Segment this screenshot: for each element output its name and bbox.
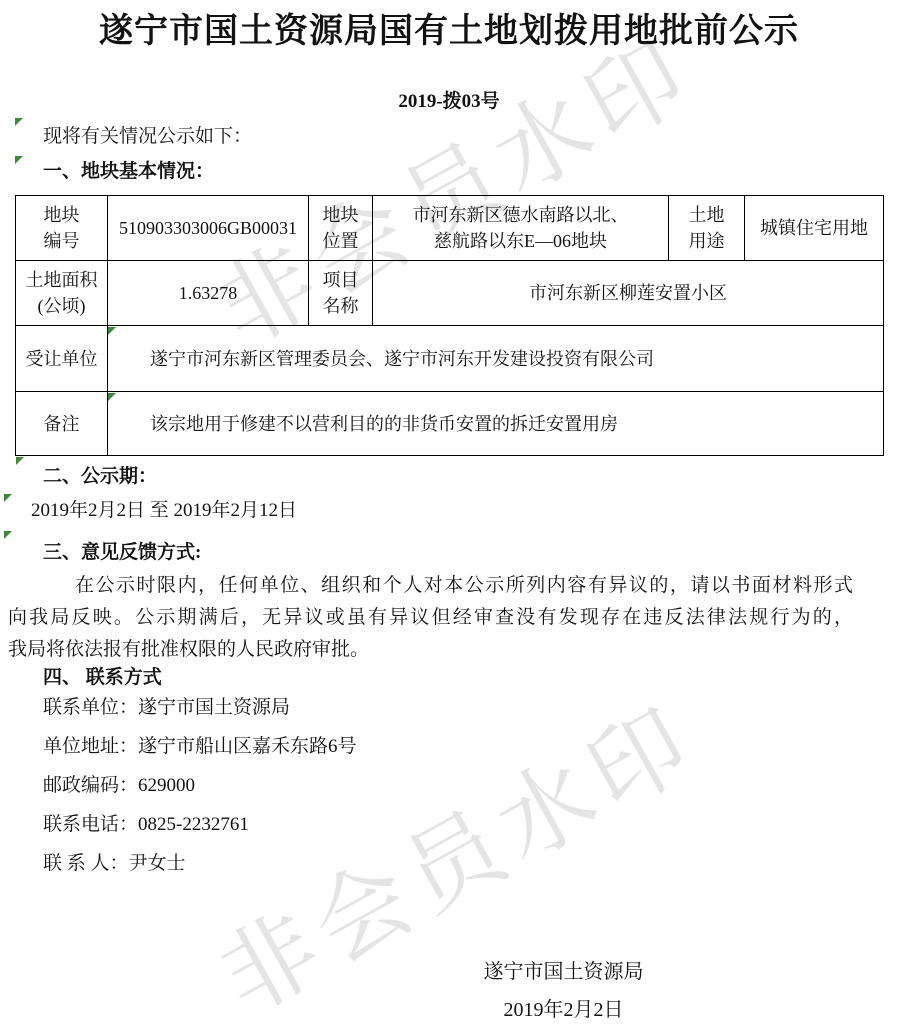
land-area-label: 土地面积 (公顷) xyxy=(16,261,108,326)
contact-address: 单位地址：遂宁市船山区嘉禾东路6号 xyxy=(43,736,357,758)
section1-heading: 一、地块基本情况： xyxy=(43,161,214,183)
label-line: 地块 xyxy=(16,202,107,228)
document-page: 非会员水印 非会员水印 遂宁市国土资源局国有土地划拨用地批前公示 2019-拨0… xyxy=(0,0,898,1033)
plot-number-value: 510903303006GB00031 xyxy=(108,196,309,261)
section3-heading: 三、意见反馈方式: xyxy=(43,542,201,564)
contact-unit: 联系单位：遂宁市国土资源局 xyxy=(43,697,290,719)
contact-phone: 联系电话：0825-2232761 xyxy=(43,814,249,836)
paragraph-line: 在公示时限内，任何单位、组织和个人对本公示所列内容有异议的，请以书面材料形式 xyxy=(8,570,853,602)
document-content: 遂宁市国土资源局国有土地划拨用地批前公示 2019-拨03号 现将有关情况公示如… xyxy=(0,0,898,1033)
plot-location-label: 地块 位置 xyxy=(309,196,373,261)
plot-info-table: 地块 编号 510903303006GB00031 地块 位置 市河东新区德水南… xyxy=(15,195,884,456)
label-line: (公顷) xyxy=(16,293,107,319)
label-line: 编号 xyxy=(16,228,107,254)
section4-heading: 四、 联系方式 xyxy=(43,667,162,689)
label-line: 土地 xyxy=(669,202,744,228)
revision-mark-icon xyxy=(15,156,23,164)
revision-mark-icon xyxy=(4,494,12,502)
signature-date: 2019年2月2日 xyxy=(420,999,707,1022)
remark-label: 备注 xyxy=(16,392,108,456)
label-line: 位置 xyxy=(309,228,372,254)
project-name-value: 市河东新区柳莲安置小区 xyxy=(373,261,884,326)
document-number: 2019-拨03号 xyxy=(0,86,898,113)
plot-number-label: 地块 编号 xyxy=(16,196,108,261)
revision-mark-icon xyxy=(4,531,12,539)
plot-location-value: 市河东新区德水南路以北、 慈航路以东E—06地块 xyxy=(373,196,669,261)
table-row: 受让单位 遂宁市河东新区管理委员会、遂宁市河东开发建设投资有限公司 xyxy=(16,326,884,392)
table-row: 地块 编号 510903303006GB00031 地块 位置 市河东新区德水南… xyxy=(16,196,884,261)
grantee-value: 遂宁市河东新区管理委员会、遂宁市河东开发建设投资有限公司 xyxy=(108,326,884,392)
publicity-period: 2019年2月2日 至 2019年2月12日 xyxy=(31,500,297,522)
revision-mark-icon xyxy=(16,457,24,465)
page-title: 遂宁市国土资源局国有土地划拨用地批前公示 xyxy=(0,12,898,52)
table-row: 土地面积 (公顷) 1.63278 项目 名称 市河东新区柳莲安置小区 xyxy=(16,261,884,326)
paragraph-line: 向我局反映。公示期满后，无异议或虽有异议但经审查没有发现存在违反法律法规行为的， xyxy=(8,602,853,634)
label-line: 项目 xyxy=(309,267,372,293)
label-line: 名称 xyxy=(309,293,372,319)
value-line: 市河东新区德水南路以北、 xyxy=(373,202,668,228)
label-line: 土地面积 xyxy=(16,267,107,293)
remark-value: 该宗地用于修建不以营利目的的非货币安置的拆迁安置用房 xyxy=(108,392,884,456)
revision-mark-icon xyxy=(15,118,23,126)
land-area-value: 1.63278 xyxy=(108,261,309,326)
signature-organization: 遂宁市国土资源局 xyxy=(420,961,707,984)
contact-postcode: 邮政编码：629000 xyxy=(43,775,195,797)
paragraph-line: 我局将依法报有批准权限的人民政府审批。 xyxy=(8,634,853,666)
feedback-paragraph: 在公示时限内，任何单位、组织和个人对本公示所列内容有异议的，请以书面材料形式 向… xyxy=(8,570,853,666)
contact-person: 联 系 人：尹女士 xyxy=(43,853,186,875)
project-name-label: 项目 名称 xyxy=(309,261,373,326)
value-line: 慈航路以东E—06地块 xyxy=(373,228,668,254)
label-line: 地块 xyxy=(309,202,372,228)
intro-line: 现将有关情况公示如下： xyxy=(43,126,252,148)
section2-heading: 二、公示期： xyxy=(43,466,157,488)
label-line: 用途 xyxy=(669,228,744,254)
land-use-value: 城镇住宅用地 xyxy=(745,196,884,261)
grantee-label: 受让单位 xyxy=(16,326,108,392)
table-row: 备注 该宗地用于修建不以营利目的的非货币安置的拆迁安置用房 xyxy=(16,392,884,456)
land-use-label: 土地 用途 xyxy=(669,196,745,261)
